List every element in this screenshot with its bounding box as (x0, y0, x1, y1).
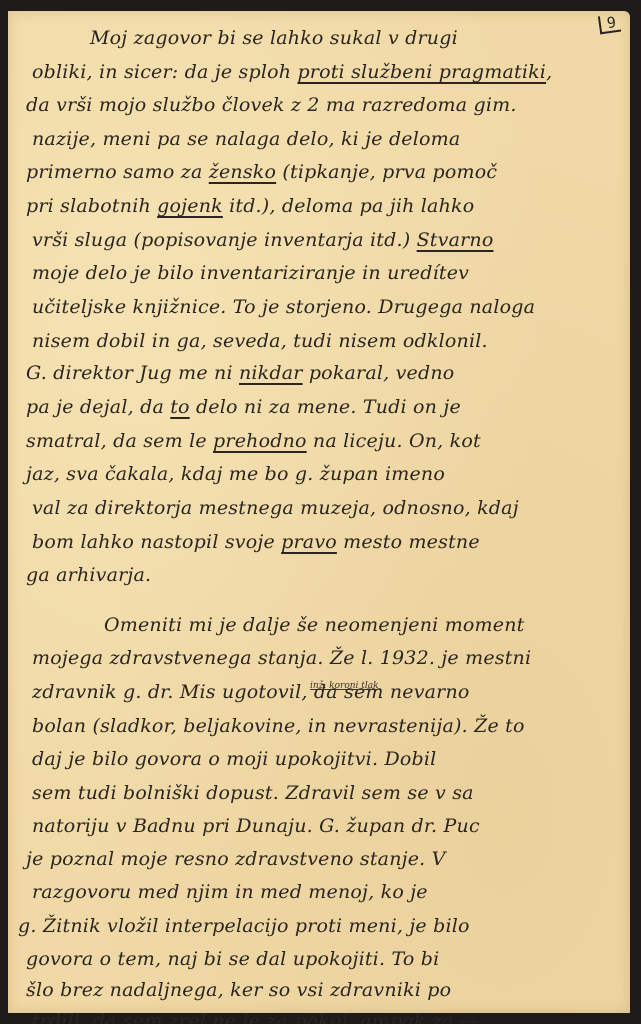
manuscript-line: ga arhivarja. (26, 564, 151, 586)
manuscript-line: sem tudi bolniški dopust. Zdravil sem se… (32, 782, 474, 804)
manuscript-line: val za direktorja mestnega muzeja, odnos… (32, 497, 519, 519)
manuscript-line: šlo brez nadaljnega, ker so vsi zdravnik… (26, 979, 451, 1001)
manuscript-line: nisem dobil in ga, seveda, tudi nisem od… (32, 330, 488, 352)
manuscript-line: pri slabotnih gojenk itd.), deloma pa ji… (26, 195, 474, 217)
manuscript-line: trdili, da sem zrel ne le za pokoj, ampa… (32, 1010, 479, 1024)
manuscript-line: je poznal moje resno zdravstveno stanje.… (26, 848, 446, 870)
manuscript-line: govora o tem, naj bi se dal upokojiti. T… (26, 948, 439, 970)
underlined-phrase: nikdar (239, 362, 303, 384)
underlined-phrase: žensko (209, 161, 276, 183)
underlined-phrase: Stvarno (417, 229, 494, 251)
manuscript-line: Omeniti mi je dalje še neomenjeni moment (104, 614, 524, 636)
interlinear-annotation: inž. koroni tlak (310, 681, 379, 691)
manuscript-line: učiteljske knjižnice. To je storjeno. Dr… (32, 296, 535, 318)
manuscript-line: zdravnik g. dr. Mis ugotovil, da sem nev… (32, 681, 470, 703)
manuscript-page: 9 Moj zagovor bi se lahko sukal v drugio… (8, 11, 630, 1013)
manuscript-line: G. direktor Jug me ni nikdar pokaral, ve… (26, 362, 454, 384)
manuscript-line: mojega zdravstvenega stanja. Že l. 1932.… (32, 647, 531, 669)
underlined-phrase: pravo (281, 531, 337, 553)
manuscript-line: g. Žitnik vložil interpelacijo proti men… (18, 915, 470, 937)
manuscript-line: moje delo je bilo inventariziranje in ur… (32, 262, 469, 284)
underlined-phrase: prehodno (213, 430, 307, 452)
manuscript-line: vrši sluga (popisovanje inventarja itd.)… (32, 229, 493, 251)
manuscript-line: Moj zagovor bi se lahko sukal v drugi (90, 27, 458, 49)
manuscript-line: obliki, in sicer: da je sploh proti služ… (32, 61, 552, 83)
manuscript-line: bom lahko nastopil svoje pravo mesto mes… (32, 531, 480, 553)
manuscript-line: pa je dejal, da to delo ni za mene. Tudi… (26, 396, 461, 418)
underlined-phrase: to (170, 396, 189, 418)
manuscript-line: da vrši mojo službo človek z 2 ma razred… (26, 94, 517, 116)
manuscript-line: nazije, meni pa se nalaga delo, ki je de… (32, 128, 460, 150)
underlined-phrase: proti službeni pragmatiki (297, 61, 546, 83)
manuscript-line: natoriju v Badnu pri Dunaju. G. župan dr… (32, 815, 480, 837)
manuscript-line: smatral, da sem le prehodno na liceju. O… (26, 430, 481, 452)
manuscript-line: jaz, sva čakala, kdaj me bo g. župan ime… (26, 463, 445, 485)
manuscript-line: bolan (sladkor, beljakovine, in nevraste… (32, 715, 525, 737)
manuscript-line: daj je bilo govora o moji upokojitvi. Do… (32, 748, 436, 770)
manuscript-line: primerno samo za žensko (tipkanje, prva … (26, 161, 497, 183)
page-number: 9 (598, 14, 621, 35)
manuscript-line: razgovoru med njim in med menoj, ko je (32, 881, 428, 903)
underlined-phrase: gojenk (157, 195, 223, 217)
